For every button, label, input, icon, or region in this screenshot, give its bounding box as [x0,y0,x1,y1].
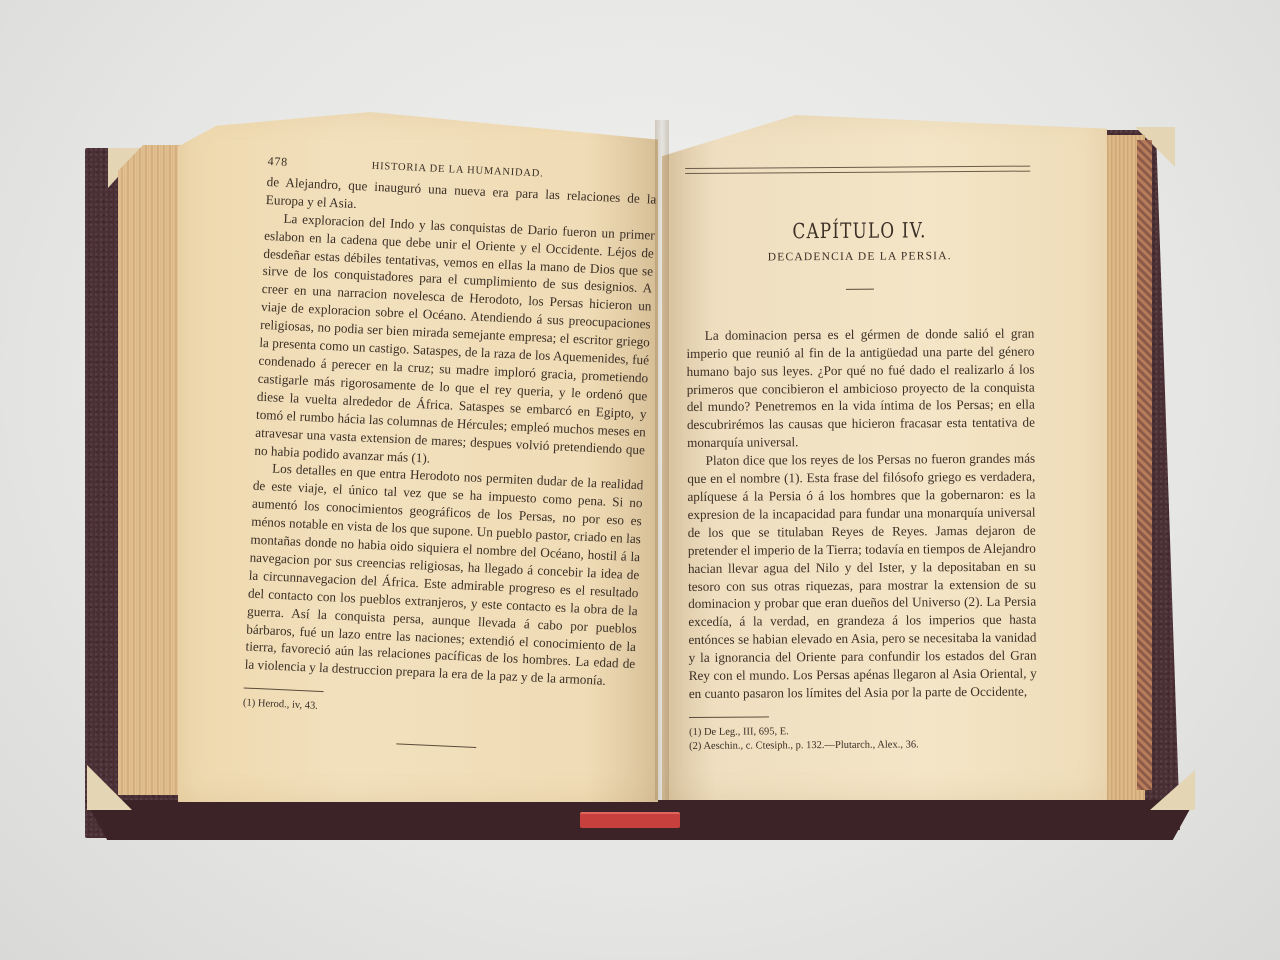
footnote-rule [689,716,769,718]
chapter-rule [846,288,874,289]
paragraph: La exploracion del Indo y las conquistas… [254,209,655,477]
paragraph: La dominacion persa es el gérmen de dond… [686,324,1035,452]
footnote-rule [244,688,324,693]
right-page-text: CAPÍTULO IV. DECADENCIA DE LA PERSIA. La… [685,148,1037,754]
footnote: (1) Herod., iv, 43. [243,697,633,729]
paragraph: Los detalles en que entra Herodoto nos p… [244,459,643,691]
paragraph: Platon dice que los reyes de los Persas … [687,450,1037,703]
chapter-head-rule [685,166,1030,174]
red-headband [580,812,680,828]
left-page-text: 478 HISTORIA DE LA HUMANIDAD. de Alejand… [241,153,657,755]
book-photo-scene: 478 HISTORIA DE LA HUMANIDAD. de Alejand… [0,0,1280,960]
marbled-edge-trim [1137,140,1152,790]
book-gutter [655,120,669,800]
page-number: 478 [267,153,288,172]
footnote: (2) Aeschin., c. Ctesiph., p. 132.—Pluta… [689,737,1037,753]
chapter-title: CAPÍTULO IV. [720,222,999,242]
chapter-subtitle: DECADENCIA DE LA PERSIA. [686,247,1034,267]
